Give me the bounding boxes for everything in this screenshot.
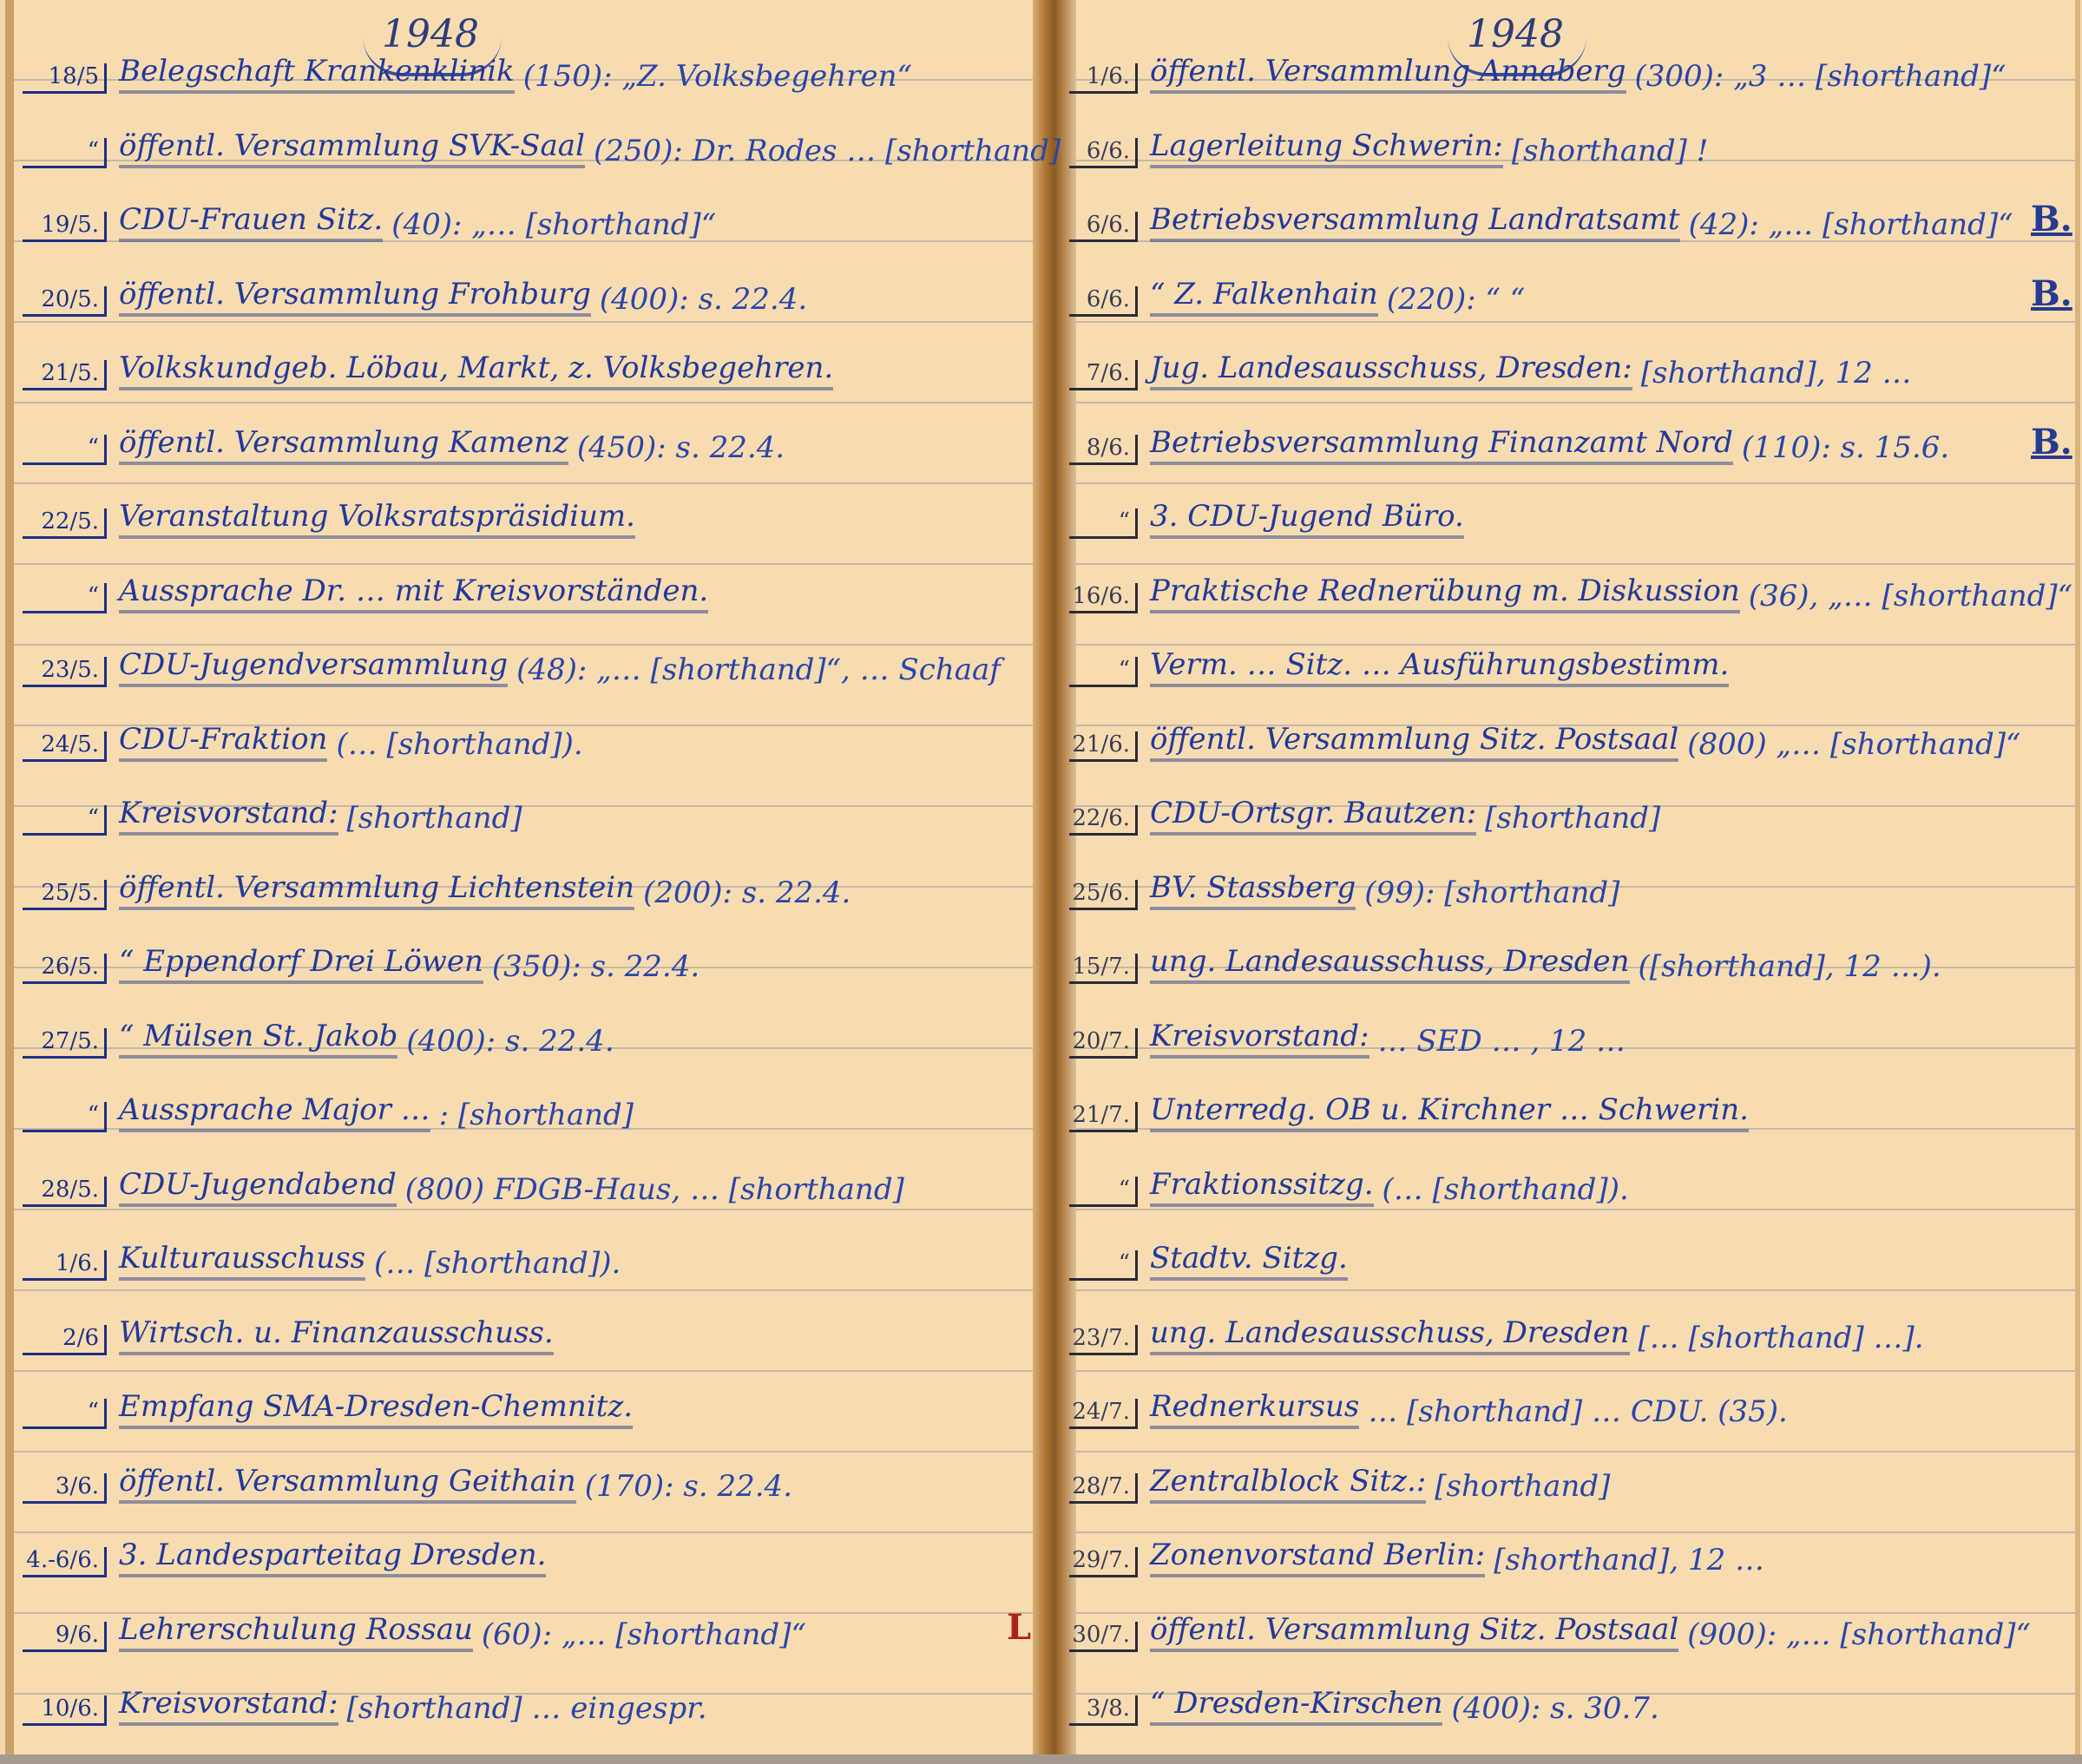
entry-date: 21/6. <box>1069 731 1138 762</box>
diary-entry: 23/5.CDU-Jugendversammlung(48): „… [shor… <box>23 635 1001 687</box>
entry-date: “ <box>23 583 107 613</box>
entry-date: 23/5. <box>23 657 107 687</box>
diary-entry: 3/6.öffentl. Versammlung Geithain(170): … <box>23 1452 792 1504</box>
entry-date: 10/6. <box>23 1695 107 1726</box>
entry-date: 2/6 <box>23 1325 107 1355</box>
entry-note: (350): s. 22.4. <box>492 949 699 984</box>
entry-date: “ <box>23 1399 107 1429</box>
entry-title: Kreisvorstand: <box>119 1686 338 1726</box>
entry-title: “ Z. Falkenhain <box>1150 277 1378 317</box>
entry-date: “ <box>1069 1177 1138 1207</box>
entry-note: (42): „… [shorthand]“ <box>1689 207 2013 242</box>
diary-entry: “öffentl. Versammlung SVK-Saal(250): Dr.… <box>23 116 1061 168</box>
entry-title: öffentl. Versammlung Frohburg <box>119 277 591 317</box>
diary-entry: 19/5.CDU-Frauen Sitz.(40): „… [shorthand… <box>23 190 716 242</box>
entry-title: “ Eppendorf Drei Löwen <box>119 944 483 984</box>
diary-entry: 21/7.Unterredg. OB u. Kirchner … Schweri… <box>1069 1080 1749 1132</box>
entry-title: ung. Landesausschuss, Dresden <box>1150 1315 1630 1355</box>
entry-title: Veranstaltung Volksratspräsidium. <box>119 499 635 539</box>
entry-title: Aussprache Dr. … mit Kreisvorständen. <box>119 574 708 613</box>
entry-note: (900): „… [shorthand]“ <box>1687 1617 2031 1652</box>
entry-title: CDU-Ortsgr. Bautzen: <box>1150 796 1476 836</box>
entry-title: Lagerleitung Schwerin: <box>1150 128 1503 168</box>
entry-title: Verm. … Sitz. … Ausführungsbestimm. <box>1150 647 1729 687</box>
diary-entry: “Aussprache Major …: [shorthand] <box>23 1080 634 1132</box>
entry-note: [shorthand] <box>1485 801 1660 836</box>
entry-date: 25/5. <box>23 880 107 910</box>
entry-date: 20/5. <box>23 286 107 317</box>
diary-entry: “3. CDU-Jugend Büro. <box>1069 487 1464 539</box>
entry-title: BV. Stassberg <box>1150 870 1356 910</box>
margin-mark-l: L <box>1007 1607 1031 1648</box>
entry-date: 20/7. <box>1069 1028 1138 1059</box>
entry-date: 21/7. <box>1069 1102 1138 1132</box>
diary-entry: 24/5.CDU-Fraktion(… [shorthand]). <box>23 710 583 762</box>
entry-title: CDU-Fraktion <box>119 722 327 762</box>
entry-title: Fraktionssitzg. <box>1150 1167 1374 1207</box>
diary-entry: 10/6.Kreisvorstand:[shorthand] … eingesp… <box>23 1674 707 1726</box>
entry-date: 6/6. <box>1069 212 1138 242</box>
entry-date: 29/7. <box>1069 1547 1138 1577</box>
diary-entry: “Empfang SMA-Dresden-Chemnitz. <box>23 1377 633 1429</box>
diary-entry: 8/6.Betriebsversammlung Finanzamt Nord(1… <box>1069 413 1949 465</box>
entry-note: (150): „Z. Volksbegehren“ <box>523 59 912 94</box>
entry-title: Empfang SMA-Dresden-Chemnitz. <box>119 1389 633 1429</box>
entry-note: … [shorthand] … CDU. (35). <box>1368 1394 1788 1429</box>
diary-entry: 15/7.ung. Landesausschuss, Dresden([shor… <box>1069 932 1941 984</box>
entry-title: öffentl. Versammlung Kamenz <box>119 425 568 465</box>
entry-note: [shorthand] ! <box>1512 134 1709 168</box>
diary-entry: “Aussprache Dr. … mit Kreisvorständen. <box>23 561 708 613</box>
entry-date: 8/6. <box>1069 435 1138 465</box>
entry-title: “ Mülsen St. Jakob <box>119 1019 397 1059</box>
entry-date: “ <box>1069 1250 1138 1281</box>
entry-note: (… [shorthand]). <box>374 1246 621 1281</box>
entry-date: 1/6. <box>23 1250 107 1281</box>
margin-mark-b: B. <box>2031 199 2072 239</box>
entry-date: 15/7. <box>1069 954 1138 984</box>
entry-title: 3. Landesparteitag Dresden. <box>119 1538 546 1577</box>
diary-entry: 30/7.öffentl. Versammlung Sitz. Postsaal… <box>1069 1600 2031 1652</box>
entry-date: 6/6. <box>1069 138 1138 168</box>
entry-date: “ <box>23 138 107 168</box>
entry-date: 30/7. <box>1069 1622 1138 1652</box>
entry-date: 3/6. <box>23 1473 107 1504</box>
entry-date: 6/6. <box>1069 286 1138 317</box>
entry-date: 25/6. <box>1069 880 1138 910</box>
entry-date: 22/5. <box>23 508 107 539</box>
entry-note: [shorthand], 12 … <box>1494 1543 1764 1577</box>
diary-entry: 22/6.CDU-Ortsgr. Bautzen:[shorthand] <box>1069 784 1660 836</box>
diary-entry: 21/5.Volkskundgeb. Löbau, Markt, z. Volk… <box>23 338 833 390</box>
entry-note: (200): s. 22.4. <box>643 875 851 910</box>
entry-note: (450): s. 22.4. <box>577 430 785 465</box>
entry-title: CDU-Jugendversammlung <box>119 647 508 687</box>
margin-mark-b: B. <box>2031 273 2072 314</box>
diary-entry: 9/6.Lehrerschulung Rossau(60): „… [short… <box>23 1600 806 1652</box>
entry-note: [shorthand], 12 … <box>1641 356 1912 390</box>
entry-note: (400): s. 22.4. <box>406 1024 614 1059</box>
entry-date: 19/5. <box>23 212 107 242</box>
entry-date: 7/6. <box>1069 360 1138 390</box>
entry-note: [… [shorthand] …]. <box>1639 1321 1924 1355</box>
entry-note: (800) „… [shorthand]“ <box>1687 727 2020 762</box>
diary-entry: 21/6.öffentl. Versammlung Sitz. Postsaal… <box>1069 710 2020 762</box>
notebook-spread: 1948 1948 18/5Belegschaft Krankenklinik(… <box>0 0 2082 1764</box>
diary-entry: 4.-6/6.3. Landesparteitag Dresden. <box>23 1525 546 1577</box>
diary-entry: “Fraktionssitzg.(… [shorthand]). <box>1069 1155 1629 1207</box>
entry-date: 28/7. <box>1069 1473 1138 1504</box>
diary-entry: 22/5.Veranstaltung Volksratspräsidium. <box>23 487 635 539</box>
entry-note: (110): s. 15.6. <box>1742 430 1949 465</box>
entry-title: Kulturausschuss <box>119 1241 365 1281</box>
entry-title: öffentl. Versammlung Lichtenstein <box>119 870 634 910</box>
entry-title: Kreisvorstand: <box>1150 1019 1369 1059</box>
entry-note: (800) FDGB-Haus, … [shorthand] <box>405 1172 904 1207</box>
diary-entry: 29/7.Zonenvorstand Berlin:[shorthand], 1… <box>1069 1525 1764 1577</box>
entry-title: Zentralblock Sitz.: <box>1150 1464 1426 1504</box>
entry-note: (300): „3 … [shorthand]“ <box>1635 59 2006 94</box>
entry-date: 22/6. <box>1069 805 1138 836</box>
entry-date: 18/5 <box>23 63 107 94</box>
entry-note: (220): “ “ <box>1387 282 1525 317</box>
entry-note: (400): s. 22.4. <box>600 282 807 317</box>
page-bottom-edge <box>0 1754 2082 1764</box>
entry-title: Praktische Rednerübung m. Diskussion <box>1150 574 1740 613</box>
entry-note: (99): [shorthand] <box>1364 875 1619 910</box>
entry-title: öffentl. Versammlung Geithain <box>119 1464 576 1504</box>
entry-title: CDU-Jugendabend <box>119 1167 397 1207</box>
diary-entry: 24/7.Rednerkursus… [shorthand] … CDU. (3… <box>1069 1377 1788 1429</box>
entry-title: öffentl. Versammlung SVK-Saal <box>119 128 585 168</box>
entry-title: Rednerkursus <box>1150 1389 1359 1429</box>
entry-date: 1/6. <box>1069 63 1138 94</box>
entry-date: “ <box>1069 657 1138 687</box>
entry-note: (40): „… [shorthand]“ <box>391 207 716 242</box>
entry-note: (400): s. 30.7. <box>1451 1691 1658 1726</box>
entry-date: 16/6. <box>1069 583 1138 613</box>
diary-entry: 23/7.ung. Landesausschuss, Dresden[… [sh… <box>1069 1303 1924 1355</box>
entry-note: … SED … , 12 … <box>1378 1024 1626 1059</box>
diary-entry: 1/6.Kulturausschuss(… [shorthand]). <box>23 1229 621 1281</box>
entry-date: 28/5. <box>23 1177 107 1207</box>
diary-entry: 26/5.“ Eppendorf Drei Löwen(350): s. 22.… <box>23 932 699 984</box>
entry-title: 3. CDU-Jugend Büro. <box>1150 499 1464 539</box>
entry-title: Belegschaft Krankenklinik <box>119 54 515 94</box>
diary-entry: 27/5.“ Mülsen St. Jakob(400): s. 22.4. <box>23 1007 614 1059</box>
diary-entry: 16/6.Praktische Rednerübung m. Diskussio… <box>1069 561 2072 613</box>
entry-note: [shorthand] <box>1435 1469 1610 1504</box>
entry-note: : [shorthand] <box>439 1098 634 1132</box>
entry-note: (60): „… [shorthand]“ <box>482 1617 806 1652</box>
entry-date: 27/5. <box>23 1028 107 1059</box>
entry-title: öffentl. Versammlung Sitz. Postsaal <box>1150 1612 1678 1652</box>
diary-entry: 6/6.“ Z. Falkenhain(220): “ “ <box>1069 265 1525 317</box>
entry-date: “ <box>23 805 107 836</box>
entry-title: öffentl. Versammlung Sitz. Postsaal <box>1150 722 1678 762</box>
entry-date: 21/5. <box>23 360 107 390</box>
diary-entry: 6/6.Lagerleitung Schwerin:[shorthand] ! <box>1069 116 1708 168</box>
diary-entry: “öffentl. Versammlung Kamenz(450): s. 22… <box>23 413 785 465</box>
diary-entry: 2/6Wirtsch. u. Finanzausschuss. <box>23 1303 554 1355</box>
entry-note: [shorthand] <box>347 801 522 836</box>
entry-date: 26/5. <box>23 954 107 984</box>
entry-title: Zonenvorstand Berlin: <box>1150 1538 1485 1577</box>
diary-entry: 20/7.Kreisvorstand:… SED … , 12 … <box>1069 1007 1626 1059</box>
entry-date: 24/7. <box>1069 1399 1138 1429</box>
diary-entry: 7/6.Jug. Landesausschuss, Dresden:[short… <box>1069 338 1912 390</box>
entry-note: (170): s. 22.4. <box>585 1469 792 1504</box>
diary-entry: 25/5.öffentl. Versammlung Lichtenstein(2… <box>23 858 851 910</box>
entry-note: (… [shorthand]). <box>1383 1172 1629 1207</box>
entry-date: 9/6. <box>23 1622 107 1652</box>
entry-title: CDU-Frauen Sitz. <box>119 202 383 242</box>
entry-title: Unterredg. OB u. Kirchner … Schwerin. <box>1150 1092 1749 1132</box>
diary-entry: 6/6.Betriebsversammlung Landratsamt(42):… <box>1069 190 2013 242</box>
entry-title: Wirtsch. u. Finanzausschuss. <box>119 1315 554 1355</box>
entry-title: Betriebsversammlung Landratsamt <box>1150 202 1680 242</box>
entry-title: öffentl. Versammlung Annaberg <box>1150 54 1626 94</box>
entry-title: Betriebsversammlung Finanzamt Nord <box>1150 425 1733 465</box>
entry-date: 24/5. <box>23 731 107 762</box>
entry-title: Volkskundgeb. Löbau, Markt, z. Volksbege… <box>119 351 833 390</box>
entry-title: Kreisvorstand: <box>119 796 338 836</box>
diary-entry: 28/7.Zentralblock Sitz.:[shorthand] <box>1069 1452 1610 1504</box>
entry-date: 4.-6/6. <box>23 1547 107 1577</box>
entry-title: Stadtv. Sitzg. <box>1150 1241 1348 1281</box>
diary-entry: “Kreisvorstand:[shorthand] <box>23 784 522 836</box>
entry-note: (… [shorthand]). <box>336 727 582 762</box>
entry-date: 3/8. <box>1069 1695 1138 1726</box>
entry-date: “ <box>23 435 107 465</box>
entry-title: Jug. Landesausschuss, Dresden: <box>1150 351 1632 390</box>
entry-title: Lehrerschulung Rossau <box>119 1612 473 1652</box>
entry-date: 23/7. <box>1069 1325 1138 1355</box>
entry-note: ([shorthand], 12 …). <box>1639 949 1941 984</box>
entry-note: [shorthand] … eingespr. <box>347 1691 707 1726</box>
diary-entry: 3/8.“ Dresden-Kirschen(400): s. 30.7. <box>1069 1674 1659 1726</box>
entry-date: “ <box>1069 508 1138 539</box>
entry-note: (250): Dr. Rodes … [shorthand] <box>594 134 1061 168</box>
diary-entry: 20/5.öffentl. Versammlung Frohburg(400):… <box>23 265 807 317</box>
entry-note: (48): „… [shorthand]“, … Schaaf <box>516 652 1001 687</box>
entry-title: “ Dresden-Kirschen <box>1150 1686 1442 1726</box>
diary-entry: “Stadtv. Sitzg. <box>1069 1229 1348 1281</box>
diary-entry: “Verm. … Sitz. … Ausführungsbestimm. <box>1069 635 1729 687</box>
entry-note: (36), „… [shorthand]“ <box>1749 579 2072 613</box>
diary-entry: 25/6.BV. Stassberg(99): [shorthand] <box>1069 858 1619 910</box>
diary-entry: 18/5Belegschaft Krankenklinik(150): „Z. … <box>23 42 912 94</box>
entry-title: ung. Landesausschuss, Dresden <box>1150 944 1630 984</box>
diary-entry: 1/6.öffentl. Versammlung Annaberg(300): … <box>1069 42 2006 94</box>
margin-mark-b: B. <box>2031 422 2072 462</box>
diary-entry: 28/5.CDU-Jugendabend(800) FDGB-Haus, … [… <box>23 1155 904 1207</box>
entry-title: Aussprache Major … <box>119 1092 430 1132</box>
entry-date: “ <box>23 1102 107 1132</box>
